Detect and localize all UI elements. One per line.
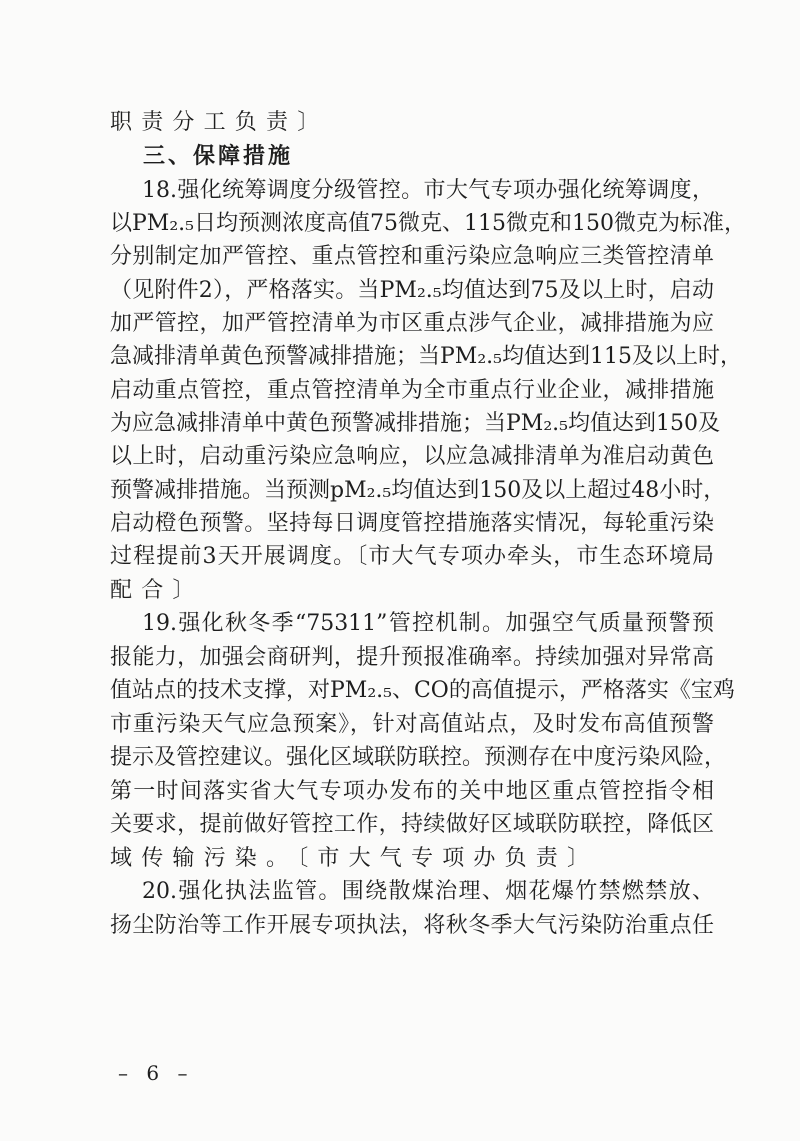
paragraph-18-line: 分别制定加严管控、重点管控和重污染应急响应三类管控清单 <box>110 240 714 274</box>
paragraph-19-line: 关要求，提前做好管控工作，持续做好区域联防联控，降低区 <box>110 808 714 842</box>
page-number: – 6 – <box>118 1060 193 1086</box>
section-heading: 三、保障措施 <box>143 140 293 174</box>
paragraph-19-line: 报能力，加强会商研判，提升预报准确率。持续加强对异常高 <box>110 641 714 675</box>
paragraph-18-line: 过程提前3天开展调度。〔市大气专项办牵头，市生态环境局 <box>110 540 714 574</box>
paragraph-18-line: 启动橙色预警。坚持每日调度管控措施落实情况，每轮重污染 <box>110 507 714 541</box>
paragraph-20-line: 扬尘防治等工作开展专项执法，将秋冬季大气污染防治重点任 <box>110 909 714 943</box>
text-line: 职责分工负责〕 <box>110 106 714 140</box>
paragraph-18-line: 加严管控，加严管控清单为市区重点涉气企业，减排措施为应 <box>110 307 714 341</box>
paragraph-19-line: 第一时间落实省大气专项办发布的关中地区重点管控指令相 <box>110 775 714 809</box>
paragraph-18-line: 以PM₂.₅日均预测浓度高值75微克、115微克和150微克为标准， <box>110 207 714 241</box>
paragraph-18-line: 配合〕 <box>110 574 714 608</box>
paragraph-19-line: 域传输污染。〔市大气专项办负责〕 <box>110 842 714 876</box>
paragraph-19-line: 市重污染天气应急预案》，针对高值站点，及时发布高值预警 <box>110 708 714 742</box>
paragraph-18-line: 18.强化统筹调度分级管控。市大气专项办强化统筹调度， <box>142 174 714 208</box>
paragraph-19-line: 值站点的技术支撑，对PM₂.₅、CO的高值提示，严格落实《宝鸡 <box>110 674 714 708</box>
paragraph-18-line: 启动重点管控，重点管控清单为全市重点行业企业，减排措施 <box>110 374 714 408</box>
paragraph-18-line: 急减排清单黄色预警减排措施；当PM₂.₅均值达到115及以上时， <box>110 340 714 374</box>
paragraph-19-line: 19.强化秋冬季“75311”管控机制。加强空气质量预警预 <box>142 607 714 641</box>
paragraph-18-line: 以上时，启动重污染应急响应，以应急减排清单为准启动黄色 <box>110 440 714 474</box>
paragraph-18-line: 预警减排措施。当预测pM₂.₅均值达到150及以上超过48小时， <box>110 474 714 508</box>
paragraph-19-line: 提示及管控建议。强化区域联防联控。预测存在中度污染风险， <box>110 741 714 775</box>
paragraph-20-line: 20.强化执法监管。围绕散煤治理、烟花爆竹禁燃禁放、 <box>142 875 714 909</box>
paragraph-18-line: 为应急减排清单中黄色预警减排措施；当PM₂.₅均值达到150及 <box>110 407 714 441</box>
document-page: 职责分工负责〕 三、保障措施 18.强化统筹调度分级管控。市大气专项办强化统筹调… <box>0 0 800 1141</box>
paragraph-18-line: （见附件2），严格落实。当PM₂.₅均值达到75及以上时，启动 <box>110 274 714 308</box>
